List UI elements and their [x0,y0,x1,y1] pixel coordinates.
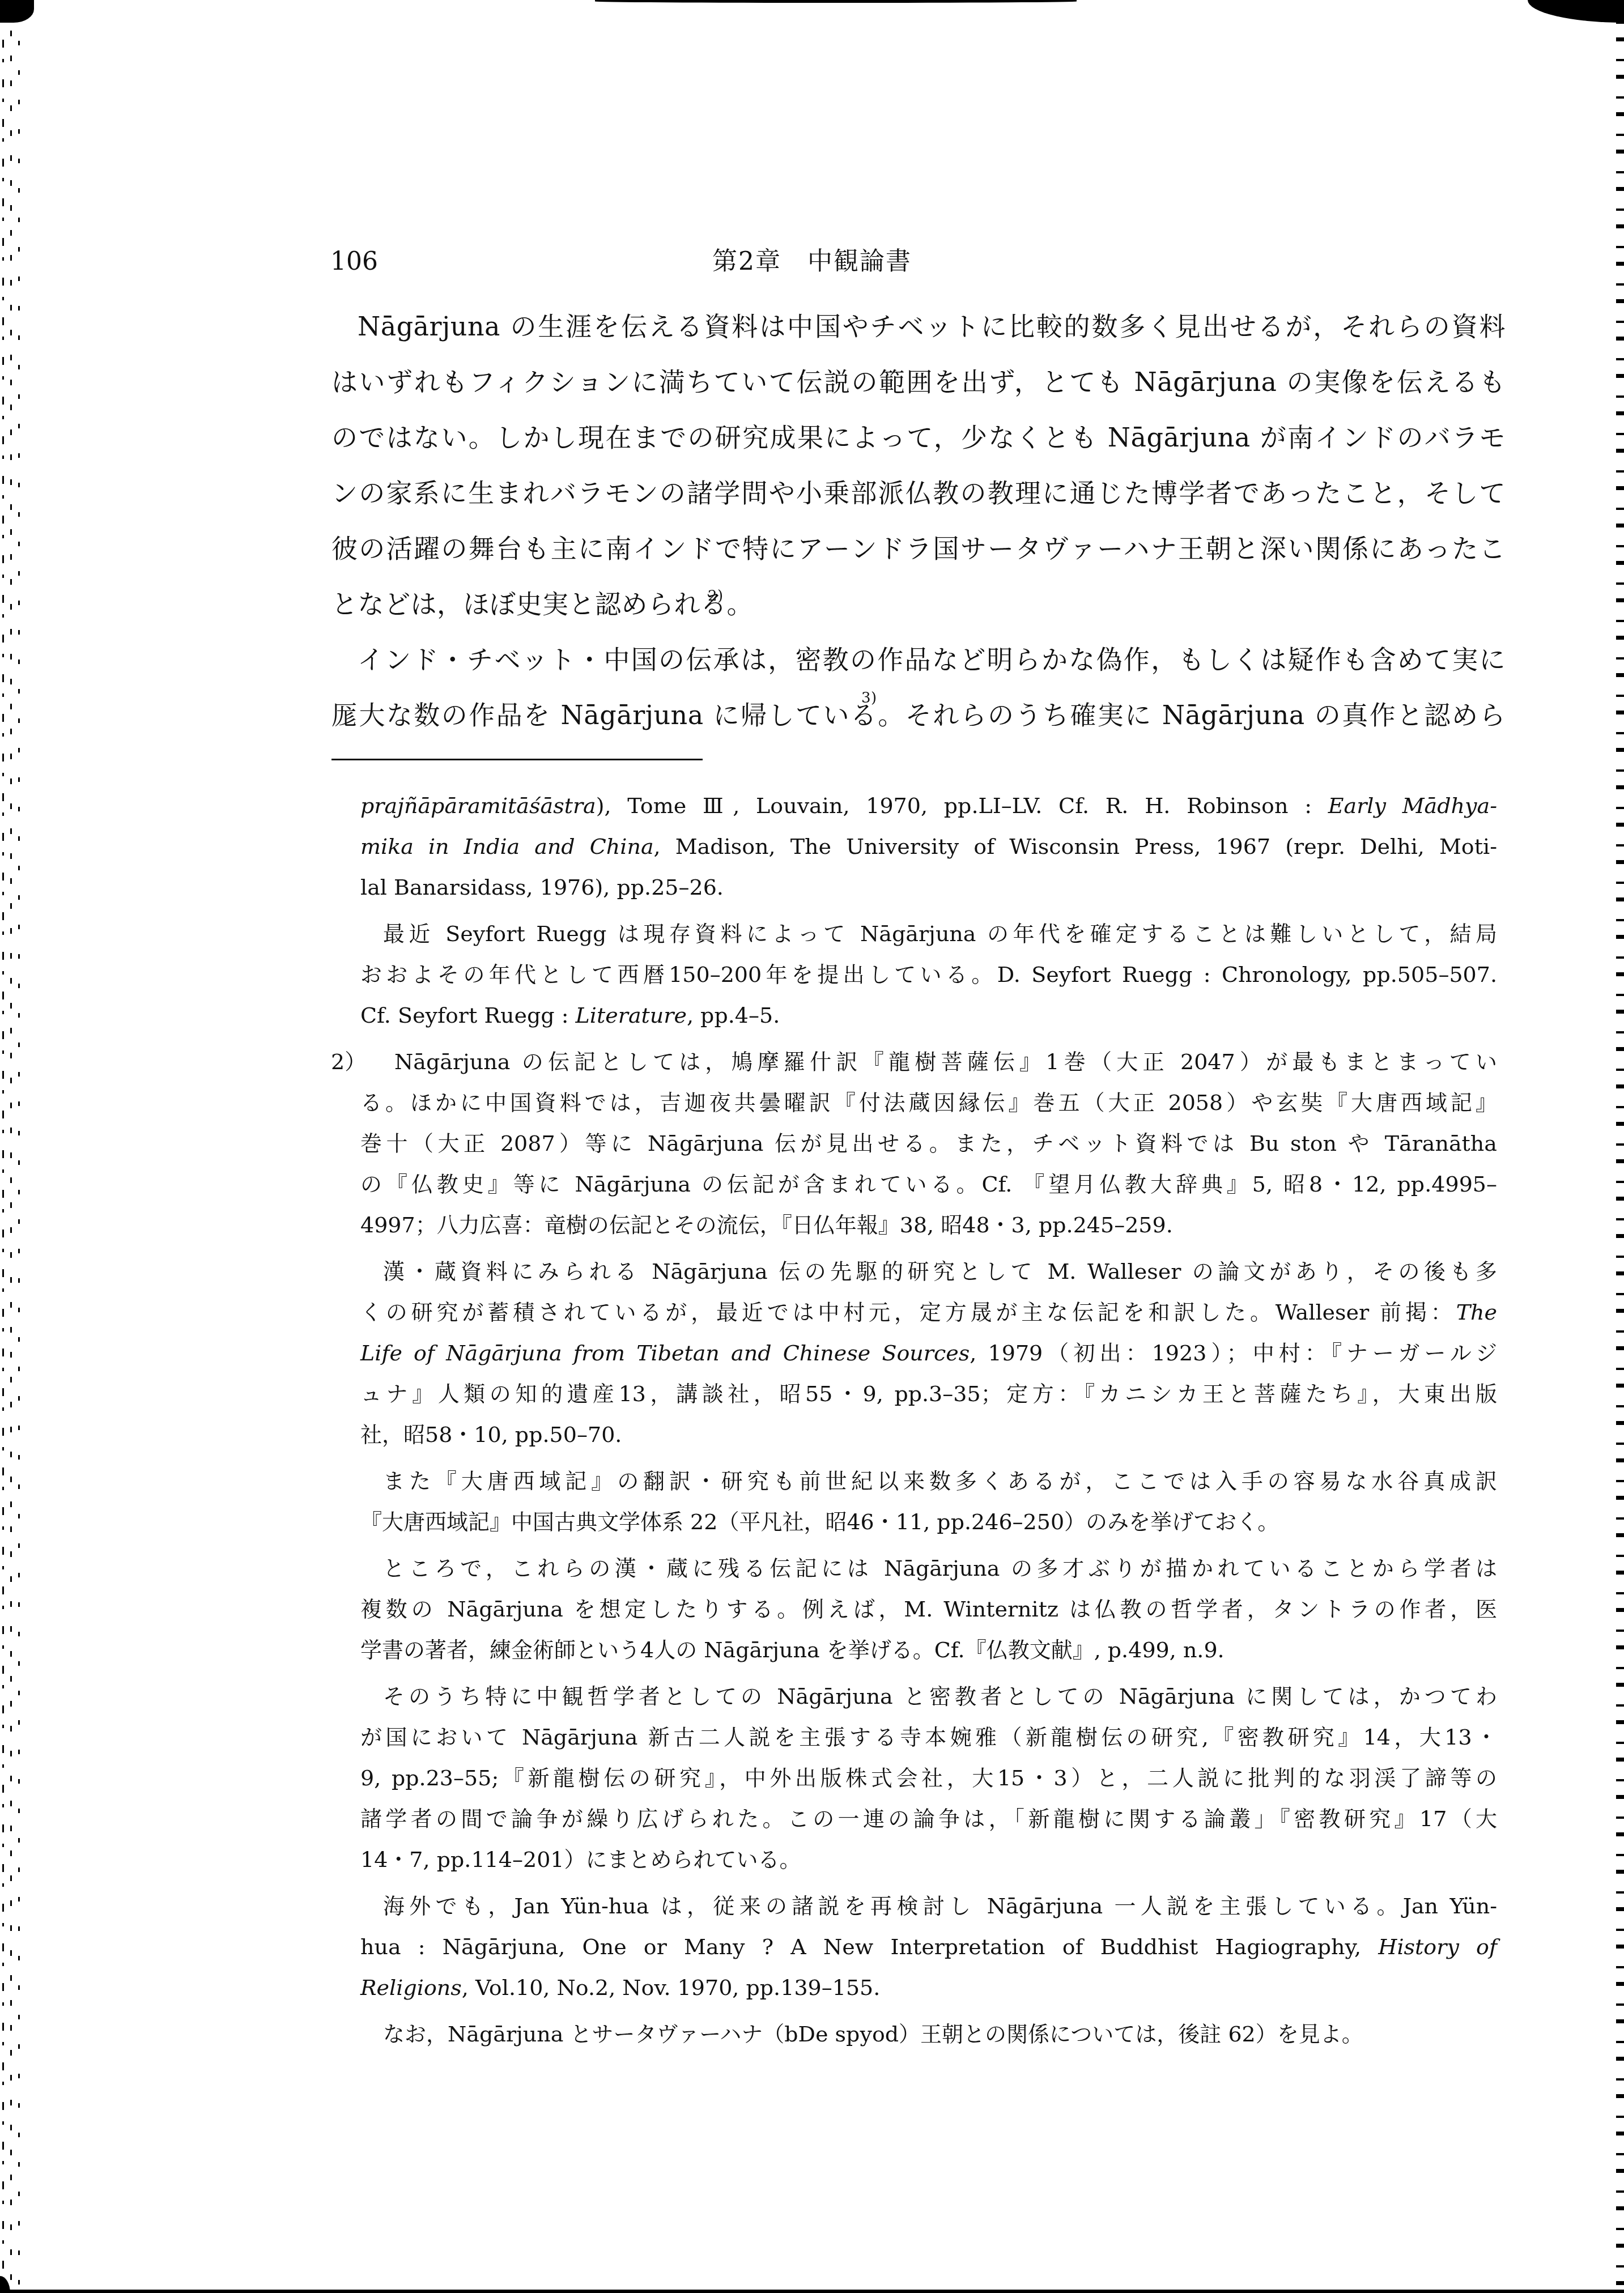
body-line: はいずれもフィクションに満ちていて伝説の範囲を出ず，とても Nāgārjuna … [331,361,1506,417]
footnote-line: 9, pp.23–55;『新龍樹伝の研究』，中外出版株式会社，大15・3）と，二… [360,1764,1497,1805]
body-line-with-ref: となどは，ほぼ史実と認められる。2) [331,584,1506,639]
scan-edge-bottom [0,2290,1624,2293]
footnote-text: , Vol.10, No.2, Nov. 1970, pp.139–155. [462,1975,881,2000]
citation-title: mika in India and China [360,834,654,859]
footnote-line: ところで，これらの漢・蔵に残る伝記には Nāgārjuna の多才ぶりが描かれて… [360,1554,1497,1595]
footnote-text: , Madison, The University of Wisconsin P… [654,834,1497,859]
footnote-line: Religions, Vol.10, No.2, Nov. 1970, pp.1… [360,1973,1497,2014]
footnote-line: Cf. Seyfort Ruegg : Literature, pp.4–5. [360,1001,1497,1042]
footnote-text: Cf. Seyfort Ruegg : [360,1003,576,1028]
citation-title: History of [1378,1934,1497,1959]
footnote-line: hua : Nāgārjuna, One or Many ? A New Int… [360,1933,1497,1973]
footnote-ref-3[interactable]: 3) [861,678,877,718]
body-line-text: となどは，ほぼ史実と認められる。 [331,589,753,619]
citation-title: prajñāpāramitāśāstra [360,793,596,818]
footnote-line: lal Banarsidass, 1976), pp.25–26. [360,873,1497,914]
footnote-line: そのうち特に中観哲学者としての Nāgārjuna と密教者としての Nāgār… [360,1682,1497,1723]
citation-title: The [1456,1300,1497,1325]
footnote-line: 学書の著者，練金術師という4人の Nāgārjuna を挙げる。Cf.『仏教文献… [360,1636,1497,1677]
body-line: Nāgārjuna の生涯を伝える資料は中国やチベットに比較的数多く見出せるが，… [331,306,1506,361]
footnote-line: る。ほかに中国資料では，吉迦夜共曇曜訳『付法蔵因縁伝』巻五（大正 2058）や玄… [360,1088,1497,1129]
footnote-line: の『仏教史』等に Nāgārjuna の伝記が含まれている。Cf. 『望月仏教大… [360,1170,1497,1211]
footnote-line: prajñāpāramitāśāstra), Tome Ⅲ, Louvain, … [360,792,1497,832]
footnote-line: おおよその年代として西暦150–200年を提出している。D. Seyfort R… [360,960,1497,1001]
scan-edge-top [595,0,1077,3]
footnote-text: ), Tome Ⅲ, Louvain, 1970, pp.LI–LV. Cf. … [596,793,1328,818]
footnote-ref-2[interactable]: 2) [708,588,724,605]
body-line: ンの家系に生まれバラモンの諸学問や小乗部派仏教の教理に通じた博学者であったこと，… [331,473,1506,528]
footnote-line: 複数の Nāgārjuna を想定したりする。例えば，M. Winternitz… [360,1595,1497,1636]
footnote-text: , 1979（初出：1923）；中村：『ナーガールジ [970,1341,1497,1365]
scan-edge-right [1616,0,1624,2293]
footnote-line: 14・7, pp.114–201）にまとめられている。 [360,1845,1497,1886]
footnote-line: 社，昭58・10, pp.50–70. [360,1420,1497,1461]
footnote-line: が国において Nāgārjuna 新古二人説を主張する寺本婉雅（新龍樹伝の研究,… [360,1723,1497,1764]
footnote-line: 巻十（大正 2087）等に Nāgārjuna 伝が見出せる。また，チベット資料… [360,1129,1497,1170]
citation-title: Religions [360,1975,462,2000]
footnote-line: 『大唐西域記』中国古典文学体系 22（平凡社，昭46・11, pp.246–25… [360,1508,1497,1548]
footnote-2-first-line: 2）Nāgārjuna の伝記としては，鳩摩羅什訳『龍樹菩薩伝』1巻（大正 20… [360,1048,1497,1088]
footnotes: prajñāpāramitāśāstra), Tome Ⅲ, Louvain, … [360,792,1497,2061]
footnote-line: なお，Nāgārjuna とサータヴァーハナ（bDe spyod）王朝との関係に… [360,2020,1497,2061]
footnote-line: くの研究が蓄積されているが，最近では中村元，定方晟が主な伝記を和訳した。Wall… [360,1298,1497,1339]
scan-edge-left [0,0,23,2293]
footnote-line: ュナ』人類の知的遺産13，講談社，昭55・9, pp.3–35；定方：『カニシカ… [360,1380,1497,1420]
scan-corner-top-left [0,0,34,23]
footnote-text: Nāgārjuna の伝記としては，鳩摩羅什訳『龍樹菩薩伝』1巻（大正 2047… [394,1049,1497,1074]
citation-title: Life of Nāgārjuna from Tibetan and Chine… [360,1341,970,1365]
footnote-text: , pp.4–5. [687,1003,780,1028]
footnote-line: 海外でも，Jan Yün-hua は，従来の諸説を再検討し Nāgārjuna … [360,1892,1497,1933]
footnote-line: 最近 Seyfort Ruegg は現存資料によって Nāgārjuna の年代… [360,920,1497,960]
footnote-line: Life of Nāgārjuna from Tibetan and Chine… [360,1339,1497,1380]
citation-title: Early Mādhya- [1328,793,1497,818]
footnote-label: 2） [331,1048,366,1076]
running-head: 第2章 中観論書 [0,248,1624,276]
footnote-line: 諸学者の間で論争が繰り広げられた。この一連の論争は，「新龍樹に関する論叢」『密教… [360,1805,1497,1845]
footnote-line: mika in India and China, Madison, The Un… [360,832,1497,873]
body-line-with-ref: 厖大な数の作品を Nāgārjuna に帰している。それらのうち確実に Nāgā… [331,695,1506,750]
citation-title: Literature [576,1003,687,1028]
footnote-separator [331,759,703,760]
body-line: 彼の活躍の舞台も主に南インドで特にアーンドラ国サータヴァーハナ王朝と深い関係にあ… [331,528,1506,584]
body-line-text: 厖大な数の作品を Nāgārjuna に帰している。それらのうち確実に Nāgā… [331,700,1506,730]
footnote-line: 漢・蔵資料にみられる Nāgārjuna 伝の先駆的研究として M. Walle… [360,1257,1497,1298]
scan-corner-top-right [1528,0,1624,23]
main-body: Nāgārjuna の生涯を伝える資料は中国やチベットに比較的数多く見出せるが，… [331,306,1506,750]
footnote-text: くの研究が蓄積されているが，最近では中村元，定方晟が主な伝記を和訳した。Wall… [360,1300,1456,1325]
body-line: のではない。しかし現在までの研究成果によって，少なくとも Nāgārjuna が… [331,417,1506,473]
footnote-text: hua : Nāgārjuna, One or Many ? A New Int… [360,1934,1378,1959]
body-line: インド・チベット・中国の伝承は，密教の作品など明らかな偽作，もしくは疑作も含めて… [331,639,1506,695]
footnote-line: 4997；八力広喜：竜樹の伝記とその流伝，『日仏年報』38, 昭48・3, pp… [360,1211,1497,1252]
footnote-line: また『大唐西域記』の翻訳・研究も前世紀以来数多くあるが，ここでは入手の容易な水谷… [360,1467,1497,1508]
